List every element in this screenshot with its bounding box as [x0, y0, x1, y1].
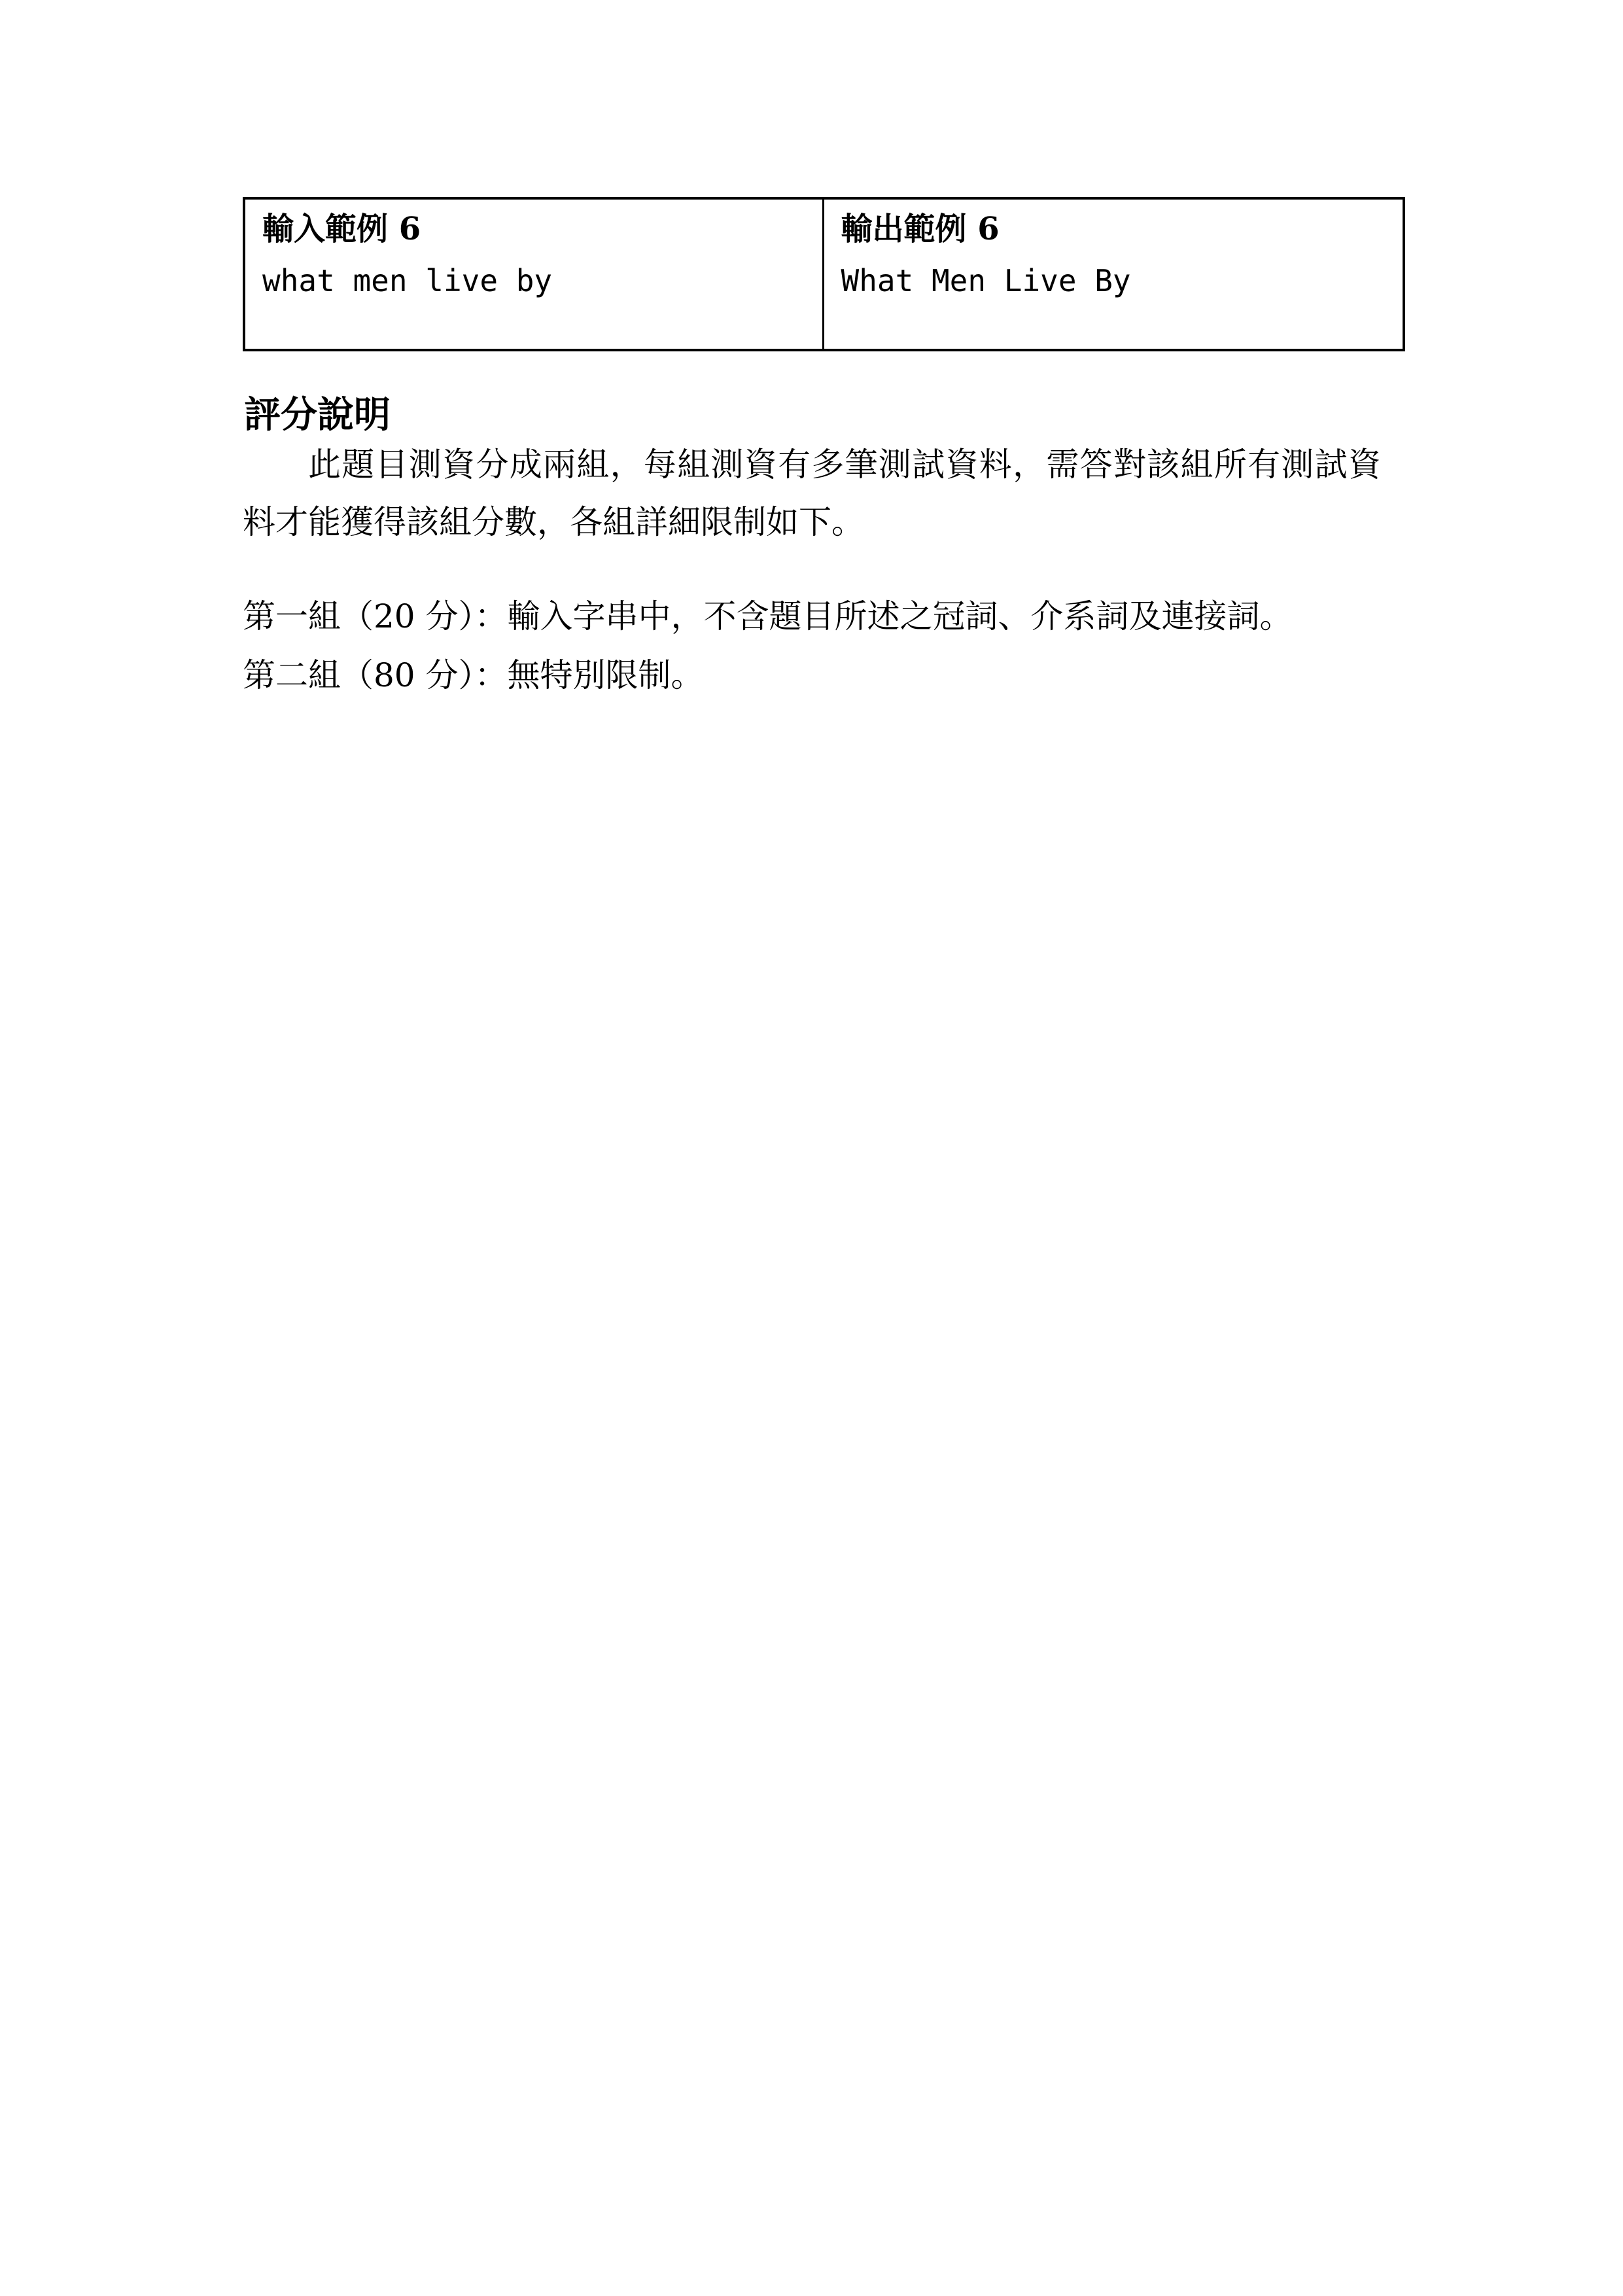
- document-page: 輸入範例 6 what men live by 輸出範例 6 What Men …: [0, 0, 1623, 2296]
- sample-input-value: what men live by: [262, 255, 807, 307]
- sample-output-cell: 輸出範例 6 What Men Live By: [824, 200, 1403, 349]
- scoring-group-1: 第一組（20 分）：輸入字串中，不含題目所述之冠詞、介系詞及連接詞。: [243, 588, 1293, 645]
- scoring-description-paragraph: 此題目測資分成兩組，每組測資有多筆測試資料，需答對該組所有測試資料才能獲得該組分…: [243, 436, 1381, 551]
- sample-input-header: 輸入範例 6: [262, 203, 807, 255]
- sample-output-header: 輸出範例 6: [841, 203, 1387, 255]
- scoring-group-2: 第二組（80 分）：無特別限制。: [243, 646, 704, 704]
- scoring-section-heading: 評分說明: [244, 389, 391, 441]
- sample-output-value: What Men Live By: [841, 255, 1387, 307]
- sample-io-table: 輸入範例 6 what men live by 輸出範例 6 What Men …: [243, 197, 1405, 351]
- sample-input-cell: 輸入範例 6 what men live by: [245, 200, 824, 349]
